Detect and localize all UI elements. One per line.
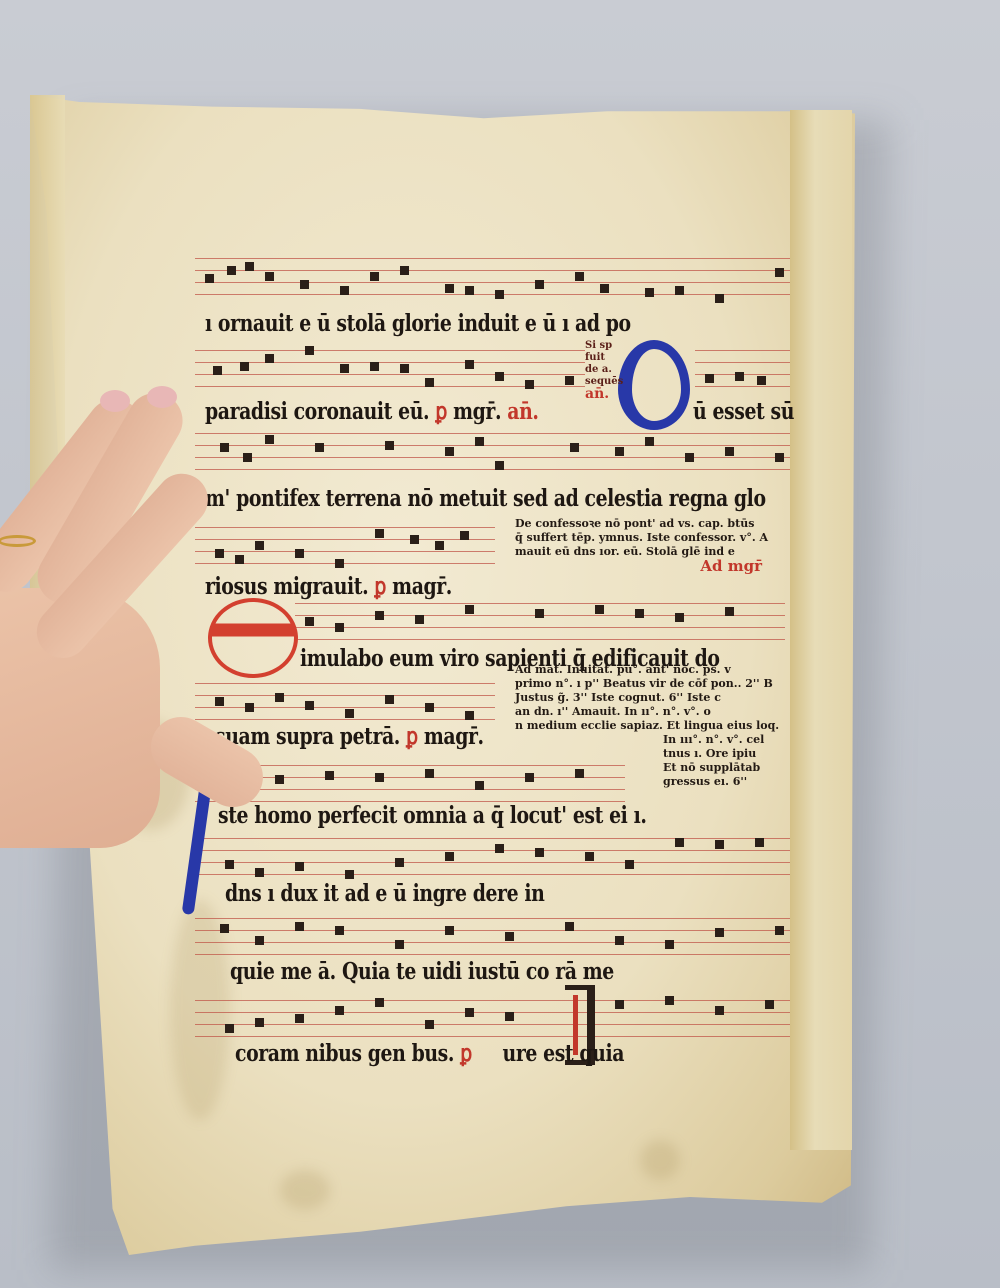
- lyric-line-2-continuation: ū esset sū: [693, 398, 794, 425]
- vellum-right-fold: [790, 110, 852, 1150]
- staff-2: [195, 350, 585, 388]
- staff-2b: [695, 350, 790, 388]
- lyric-line-4: riosus migrauit. ꝑ magr̄.: [205, 573, 452, 600]
- staff-9: [195, 918, 790, 956]
- lyric-line-9: quie me ā. Quia te uidi iustū co rā me: [230, 958, 614, 985]
- staff-1: [195, 258, 790, 296]
- staff-4: [195, 527, 495, 565]
- rubric-block-1: Si sp fuit de a. sequēs an̄.: [585, 340, 623, 400]
- lyric-line-2: paradisi coronauit eū. ꝑ mgr̄. an̄.: [205, 398, 539, 425]
- lyric-line-7: ste homo perfecit omnia a q̄ locut' est …: [218, 802, 647, 829]
- red-initial-s: [208, 598, 298, 678]
- staff-8: [195, 838, 790, 876]
- staff-3: [195, 433, 790, 471]
- staff-5: [295, 603, 785, 641]
- ring: [0, 535, 36, 547]
- lyric-line-8: dns ı dux it ad e ū ingre dere in: [225, 880, 544, 907]
- hand: [0, 378, 200, 848]
- stain: [640, 1140, 680, 1180]
- blue-initial-d: [618, 340, 690, 430]
- staff-6: [195, 683, 495, 721]
- rubric-block-3: Ad mat. Inuitat. pu°. ant' noc. ps. v pr…: [515, 663, 779, 789]
- rubric-block-2: De confessoꝛe nō pont' ad vs. cap. btūs …: [515, 517, 768, 573]
- stain: [280, 1170, 330, 1210]
- staff-10: [195, 1000, 790, 1038]
- lyric-line-3: m' pontifex terrena nō metuit sed ad cel…: [205, 485, 766, 512]
- lyric-line-10: coram nibus gen bus. ꝑ ure est quia: [235, 1040, 624, 1067]
- lyric-line-1: ı ornauit e ū stolā glorie induit e ū ı …: [205, 310, 631, 337]
- lyric-line-6: suam supra petrā. ꝑ magr̄.: [215, 723, 484, 750]
